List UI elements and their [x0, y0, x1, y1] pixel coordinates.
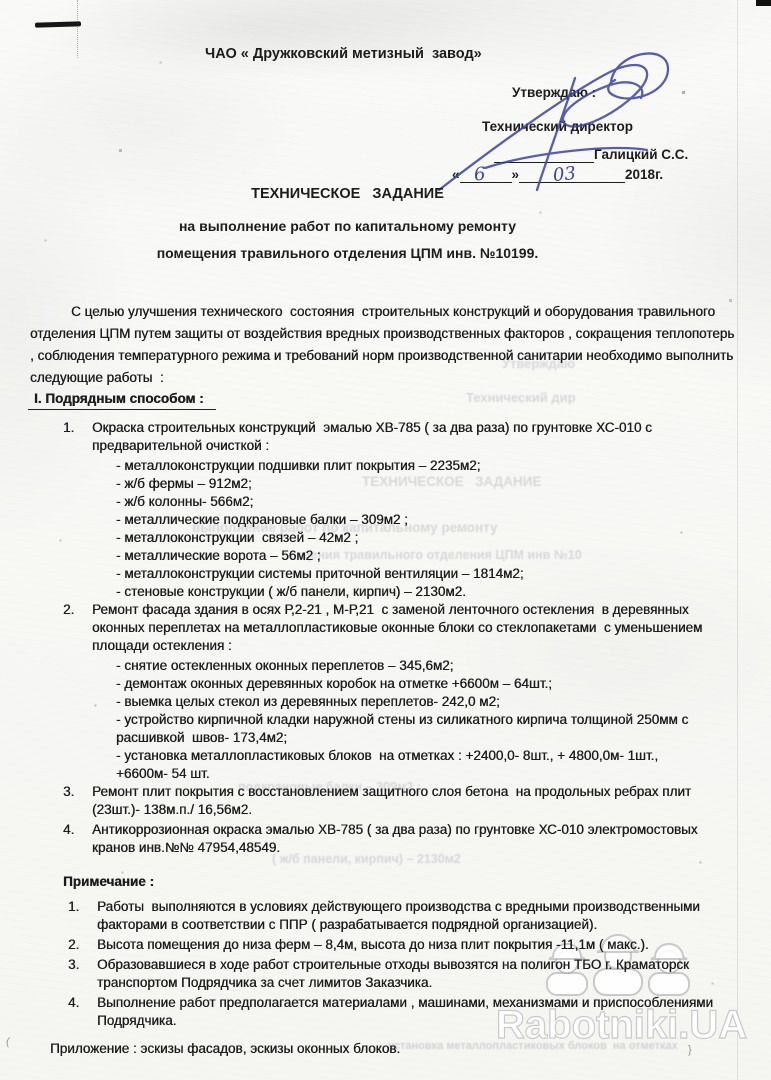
- title-line-1: ТЕХНИЧЕСКОЕ ЗАДАНИЕ: [60, 186, 635, 202]
- note-number: 1.: [68, 898, 97, 934]
- notes-list: 1. Работы выполняются в условиях действу…: [68, 898, 748, 1030]
- approver-name-line: Галицкий С.С.: [494, 146, 702, 163]
- intro-paragraph: С целью улучшения технического состояния…: [30, 301, 735, 389]
- work-item-number: 2.: [63, 601, 92, 655]
- work-subitem: - металлоконструкции подшивки плит покры…: [116, 457, 704, 475]
- work-subitem: - снятие остекленных оконных переплетов …: [116, 657, 704, 675]
- work-subitem: - металлоконструкции системы приточной в…: [116, 565, 704, 583]
- notes-section: Примечание : 1. Работы выполняются в усл…: [63, 873, 771, 1030]
- work-subitem: - стеновые конструкции ( ж/б панели, кир…: [116, 583, 704, 601]
- work-subitems: - металлоконструкции подшивки плит покры…: [116, 457, 704, 601]
- work-item-text: Окраска строительных конструкций эмалью …: [92, 419, 737, 455]
- note-item: 1. Работы выполняются в условиях действу…: [68, 898, 748, 934]
- company-name: ЧАО « Дружковский метизный завод»: [205, 46, 482, 62]
- close-quote: »: [512, 166, 520, 183]
- work-item-number: 1.: [63, 419, 92, 455]
- note-text: Образовавшиеся в ходе работ строительные…: [97, 956, 737, 992]
- work-subitem: - выемка целых стекол из деревянных пере…: [116, 693, 704, 711]
- work-item-text: Антикоррозионная окраска эмалью ХВ-785 (…: [92, 821, 737, 857]
- note-number: 4.: [68, 994, 97, 1030]
- title-line-3: помещения травильного отделения ЦПМ инв.…: [60, 245, 635, 261]
- note-item: 2. Высота помещения до низа ферм – 8,4м,…: [68, 936, 748, 954]
- note-item: 4. Выполнение работ предполагается матер…: [68, 994, 748, 1030]
- work-item: 1. Окраска строительных конструкций эмал…: [63, 419, 743, 455]
- date-year: 2018г.: [625, 166, 663, 183]
- work-item-number: 3.: [63, 783, 92, 819]
- approval-block: Утверждаю : Технический директор Галицки…: [452, 84, 702, 183]
- work-subitems: - снятие остекленных оконных переплетов …: [116, 657, 704, 783]
- works-section: I. Подрядным способом : 1. Окраска строи…: [0, 390, 771, 1058]
- work-subitem: - металлоконструкции связей – 42м2 ;: [116, 529, 704, 547]
- work-item-text: Ремонт фасада здания в осях Р,2-21 , М-Р…: [92, 601, 737, 655]
- note-text: Высота помещения до низа ферм – 8,4м, вы…: [97, 936, 737, 954]
- attachment-line: Приложение : эскизы фасадов, эскизы окон…: [50, 1040, 771, 1058]
- work-subitem: - установка металлопластиковых блоков на…: [116, 747, 704, 783]
- note-text: Выполнение работ предполагается материал…: [97, 994, 737, 1030]
- work-subitem: - ж/б колонны- 566м2;: [116, 493, 704, 511]
- note-number: 3.: [68, 956, 97, 992]
- work-subitem: - демонтаж оконных деревянных коробок на…: [116, 675, 704, 693]
- section-heading: I. Подрядным способом :: [28, 390, 216, 410]
- handwritten-day: 6: [473, 165, 486, 183]
- work-item: 3. Ремонт плит покрытия с восстановление…: [63, 783, 743, 819]
- open-quote: «: [452, 166, 460, 183]
- work-item: 2. Ремонт фасада здания в осях Р,2-21 , …: [63, 601, 743, 655]
- note-number: 2.: [68, 936, 97, 954]
- work-subitem: - металлические ворота – 56м2 ;: [116, 547, 704, 565]
- title-line-2: на выполнение работ по капитальному ремо…: [60, 218, 635, 234]
- work-item-text: Ремонт плит покрытия с восстановлением з…: [92, 783, 737, 819]
- approval-date-line: «6»032018г.: [452, 166, 702, 183]
- work-subitem: - ж/б фермы – 912м2;: [116, 475, 704, 493]
- approver-role: Технический директор: [482, 118, 702, 135]
- document-title-block: ТЕХНИЧЕСКОЕ ЗАДАНИЕ на выполнение работ …: [60, 186, 635, 261]
- notes-heading: Примечание :: [63, 873, 771, 891]
- work-item-number: 4.: [63, 821, 92, 857]
- date-month-line: 03: [519, 167, 625, 183]
- handwritten-month: 03: [552, 165, 577, 184]
- signature-line: [494, 147, 594, 163]
- approve-label: Утверждаю :: [512, 84, 702, 101]
- date-day-line: 6: [460, 167, 512, 183]
- work-items-list: 1. Окраска строительных конструкций эмал…: [63, 419, 743, 857]
- scanned-document-page: Утверждаю Технический дир ТЕХНИЧЕСКОЕ ЗА…: [0, 0, 771, 1080]
- scan-speckles: [0, 0, 1, 1]
- work-subitem: - металлические подкрановые балки – 309м…: [116, 511, 704, 529]
- scan-mark-bar: [756, 0, 771, 6]
- work-subitem: - устройство кирпичной кладки наружной с…: [116, 711, 704, 747]
- scan-mark-bar: [35, 21, 81, 27]
- note-text: Работы выполняются в условиях действующе…: [97, 898, 737, 934]
- approver-name: Галицкий С.С.: [594, 146, 688, 163]
- scan-dotted-line: [77, 0, 78, 58]
- work-item: 4. Антикоррозионная окраска эмалью ХВ-78…: [63, 821, 743, 857]
- note-item: 3. Образовавшиеся в ходе работ строитель…: [68, 956, 748, 992]
